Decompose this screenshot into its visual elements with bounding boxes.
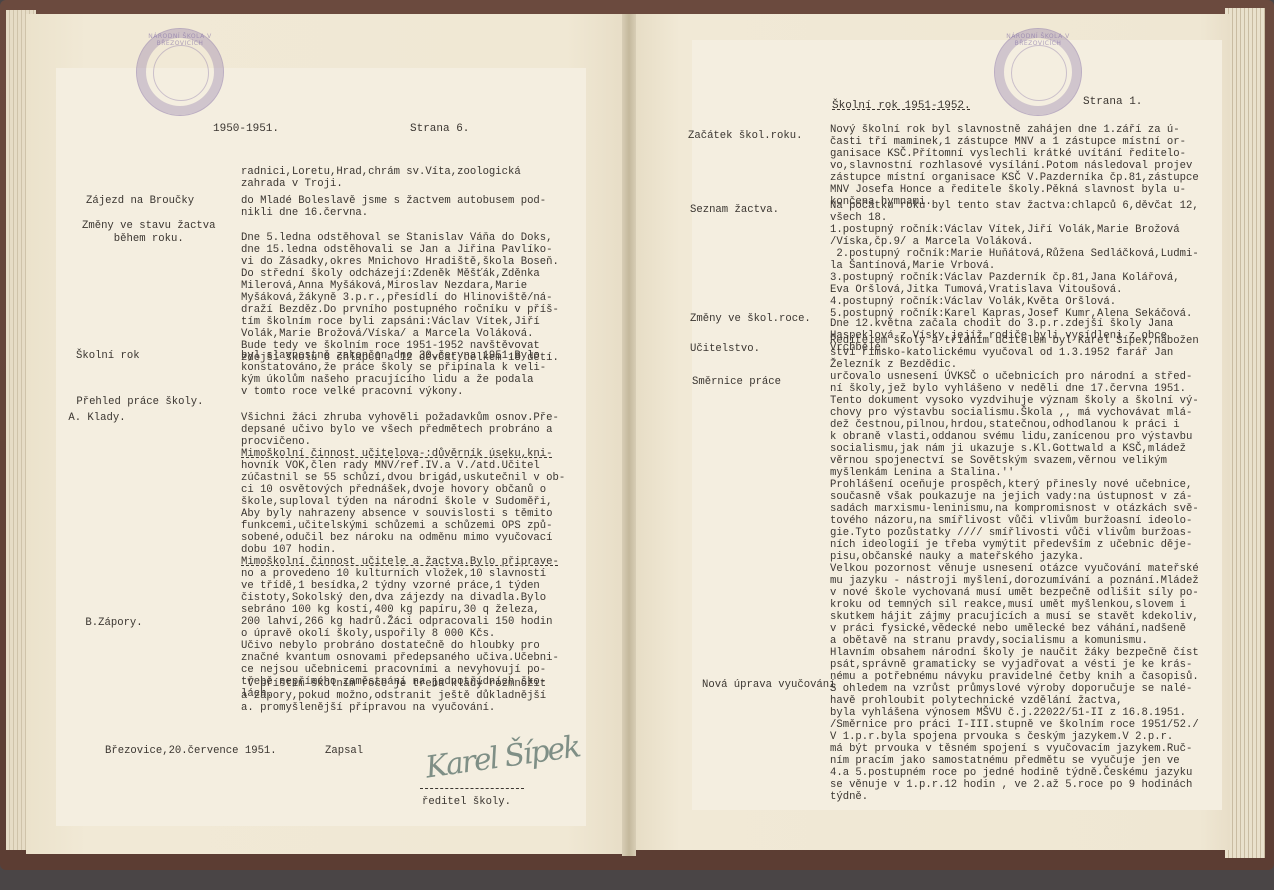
right-text-line: V 1.p.r.byla spojena prvouka s českým ja… [830, 731, 1173, 744]
left-text-line: o úpravě okolí školy,uspořily 8 000 Kčs. [241, 628, 495, 641]
right-text-line: časti tří maminek,1 zástupce MNV a 1 zás… [830, 136, 1186, 149]
left-text-line: čistoty,Sokolský den,dva zájezdy na diva… [241, 592, 546, 605]
right-text-line: Tento dokument vysoko vyzdvihuje význam … [830, 395, 1199, 408]
right-section-label: Nová úprava vyučování [702, 679, 836, 692]
right-text-line: ství římsko-katolickému vyučoval od 1.3.… [830, 347, 1173, 360]
left-text-line: funkcemi,učitelskými schůzemi a schůzemi… [241, 520, 553, 533]
right-text-line: k obraně vlasti,oddanou svému lidu,zaníc… [830, 431, 1192, 444]
right-text-line: současně však poukazuje na jejich vady:n… [830, 491, 1192, 504]
left-text-line: dobu 107 hodin. [241, 544, 336, 557]
right-text-line: ní školy,jež bylo vyhlášeno v neděli dne… [830, 383, 1186, 396]
left-text-line: zahrada v Troji. [241, 178, 343, 191]
left-text-line: do Mladé Boleslavě jsme s žactvem autobu… [241, 195, 546, 208]
right-text-line: určovalo usnesení ÚVKSČ o učebnicích pro… [830, 371, 1192, 384]
left-text-line: Mimoškolní činnost učitele a žactva.Bylo… [241, 556, 559, 569]
right-text-line: Ředitelem školy a třídním učitelem byl K… [830, 335, 1199, 348]
right-text-line: dež čestnou,pilnou,hrdou,statečnou,odhod… [830, 419, 1180, 432]
left-text-line: vi do Zásadky,okres Mnichovo Hradiště,šk… [241, 256, 559, 269]
right-text-line: ganisace KSČ.Přítomní vyslechli krátké u… [830, 148, 1186, 161]
right-text-line: chovy pro výstavbu socialismu.Škola ,, m… [830, 407, 1192, 420]
right-text-line: vo,slavnostní rozhlasové vysílání.Potom … [830, 160, 1192, 173]
recorded-by-label: Zapsal [325, 745, 363, 758]
right-text-line: Velkou pozornost věnuje usnesení otázce … [830, 563, 1199, 576]
right-text-line: /Víska,čp.9/ a Marcela Voláková. [830, 236, 1033, 249]
left-text-line: a. promyšlenější přípravou na vyučování. [241, 702, 495, 715]
right-text-line: sadách marxismu-leninismu,na kompromisno… [830, 503, 1199, 516]
right-section-label: Začátek škol.roku. [688, 130, 802, 143]
school-stamp-left: NÁRODNÍ ŠKOLA V BŘEZOVICÍCH [136, 28, 224, 116]
right-text-line: psát,správně gramaticky se vyjadřovat a … [830, 659, 1192, 672]
left-text-line: Milerová,Anna Myšáková,Miroslav Nezdara,… [241, 280, 527, 293]
right-section-label: Směrnice práce [692, 376, 781, 389]
right-text-line: v nové škole vychovaná musí umět bezpečn… [830, 587, 1199, 600]
left-text-line: Do střední školy odcházejí:Zdeněk Měšťák… [241, 268, 540, 281]
left-text-line: dne 15.ledna odstěhovali se Jan a Jiřina… [241, 244, 553, 257]
left-text-line: sobené,odučil bez nároku na odměnu mimo … [241, 532, 553, 545]
right-text-line: Nový školní rok byl slavnostně zahájen d… [830, 124, 1180, 137]
left-text-line: 200 lahví,266 kg hadrů.Žáci odpracovali … [241, 616, 553, 629]
right-text-line: la Šantínová,Marie Vrbová. [830, 260, 995, 273]
right-text-line: ním pracím jako samostatnému předmětu se… [830, 755, 1180, 768]
right-text-line: Hlavním obsahem národní školy je naučit … [830, 647, 1199, 660]
right-text-line: Prohlášení oceňuje prospěch,který přines… [830, 479, 1192, 492]
left-text-line: byl slavnostně zakončen dne 30.června 19… [241, 350, 540, 363]
right-text-line: 1.postupný ročník:Václav Vítek,Jiří Volá… [830, 224, 1180, 237]
right-text-line: gie.Tyto pozůstatky //// smířlivosti vůč… [830, 527, 1192, 540]
lion-emblem-icon [153, 45, 209, 101]
left-text-line: Volák,Marie Brožová/Víska/ a Marcela Vol… [241, 328, 533, 341]
left-header-page: Strana 6. [410, 123, 469, 135]
right-text-line: týdně. [830, 791, 868, 804]
right-text-line: byla vyhlášena výnosem MŠVU č.j.22022/51… [830, 707, 1186, 720]
right-text-line: v práci fysické,vědecké nebo umělecké be… [830, 623, 1186, 636]
signature-line [420, 788, 524, 789]
left-text-line: ci 10 osvětových přednášek,dvoje hovory … [241, 484, 546, 497]
left-text-line: Učivo nebylo probráno dostatečně do hlou… [241, 640, 540, 653]
right-section-label: Seznam žactva. [690, 204, 779, 217]
left-header-year: 1950-1951. [213, 123, 279, 135]
left-text-line: Mimoškolní činnost učitelova-:důvěrník ú… [241, 448, 553, 461]
left-text-line: V příštím školním roce je třeba klady ro… [241, 678, 546, 691]
right-text-line: věrnou spojenectví se Sovětským svazem,v… [830, 455, 1167, 468]
right-text-line: se věnuje v 1.p.r.12 hodin , ve 2.až 5.r… [830, 779, 1192, 792]
right-header-page: Strana 1. [1083, 96, 1142, 108]
left-section-label: Změny ve stavu žactva během roku. [82, 220, 216, 245]
left-text-line: Všichni žáci zhruba vyhověli požadavkům … [241, 412, 559, 425]
left-text-line: hovník VOK,člen rady MNV/ref.IV.a V./atd… [241, 460, 540, 473]
left-section-label: B.Zápory. [60, 617, 143, 630]
right-text-line: Eva Oršlová,Jitka Tumová,Vratislava Vito… [830, 284, 1122, 297]
left-section-label: A. Klady. [62, 412, 126, 425]
left-text-line: radnici,Loretu,Hrad,chrám sv.Víta,zoolog… [241, 166, 521, 179]
left-text-line: nikli dne 16.června. [241, 207, 368, 220]
right-text-line: Na počátku roku byl tento stav žactva:ch… [830, 200, 1199, 213]
right-text-line: socialismu,jak nám ji ukazuje s.Kl.Gottw… [830, 443, 1186, 456]
left-text-line: a zápory,pokud možno,odstranit ještě důk… [241, 690, 546, 703]
right-text-line: všech 18. [830, 212, 887, 225]
left-text-line: ce nejsou učebnicemi pracovními a nevyho… [241, 664, 546, 677]
right-text-line: skutkem hájit zájmy pracujících a musí s… [830, 611, 1199, 624]
page-edges-right [1225, 8, 1265, 858]
lion-emblem-icon [1011, 45, 1067, 101]
left-text-line: depsané učivo bylo ve všech předmětech p… [241, 424, 553, 437]
left-section-label: Zájezd na Broučky [86, 195, 194, 208]
left-text-line: značné kvantum osnovami předepsaného uči… [241, 652, 559, 665]
left-text-line: kým úkolům našeho pracujícího lidu a že … [241, 374, 533, 387]
director-role: ředitel školy. [422, 796, 511, 809]
right-text-line: 4.postupný ročník:Václav Volák,Květa Orš… [830, 296, 1116, 309]
right-text-line: MNV Josefa Honce a ředitele školy.Pěkná … [830, 184, 1186, 197]
right-text-line: 3.postupný ročník:Václav Pazderník čp.81… [830, 272, 1180, 285]
right-text-line: a obětavě na stranu pravdy,socialismu a … [830, 635, 1148, 648]
right-text-line: S ohledem na vzrůst průmyslové výroby do… [830, 683, 1192, 696]
left-section-label: Přehled práce školy. [70, 396, 204, 409]
right-text-line: nému a potřebnému návyku pravidelné četb… [830, 671, 1199, 684]
left-text-line: sebráno 100 kg kostí,400 kg papíru,30 q … [241, 604, 540, 617]
right-text-line: Dne 12.května začala chodit do 3.p.r.zde… [830, 318, 1173, 331]
right-text-line: 4.a 5.postupném roce po jedné hodině týd… [830, 767, 1192, 780]
left-text-line: Aby byly nahrazeny absence v souvislosti… [241, 508, 553, 521]
left-section-label: Školní rok [76, 350, 140, 363]
left-text-line: tím školním roce byli zapsáni:Václav Vít… [241, 316, 540, 329]
left-text-line: procvičeno. [241, 436, 311, 449]
right-text-line: kroku od temných sil reakce,musí umět my… [830, 599, 1186, 612]
right-header-title: Školní rok 1951-1952. [832, 100, 971, 112]
book-gutter [622, 14, 636, 856]
left-text-line: v tomto roce velké pracovní výkony. [241, 386, 464, 399]
left-text-line: Dne 5.ledna odstěhoval se Stanislav Váňa… [241, 232, 553, 245]
left-text-line: konstatováno,že práce školy se připínala… [241, 362, 546, 375]
left-text-line: ve třídě,1 besídka,2 týdny vzorné práce,… [241, 580, 540, 593]
right-text-line: havě prohloubit polytechnické vzdělání ž… [830, 695, 1122, 708]
left-text-line: zúčastnil se 55 schůzí,dvou brigád,uskut… [241, 472, 565, 485]
right-text-line: Železník z Bezdědic. [830, 359, 957, 372]
right-text-line: /Směrnice pro práci I-III.stupně ve škol… [830, 719, 1199, 732]
right-text-line: myšlenkám Lenina a Stalina.'' [830, 467, 1014, 480]
right-text-line: zástupce místní organisace KSČ V.Pazdern… [830, 172, 1199, 185]
left-text-line: draží Bezděz.Do prvního postupného roční… [241, 304, 559, 317]
school-stamp-right: NÁRODNÍ ŠKOLA V BŘEZOVICÍCH [994, 28, 1082, 116]
right-section-label: Učitelstvo. [690, 343, 760, 356]
right-text-line: ních ideologií je třeba vymýtit předevší… [830, 539, 1192, 552]
right-text-line: pisu,občanské nauky a mateřského jazyka. [830, 551, 1084, 564]
right-section-label: Změny ve škol.roce. [690, 313, 811, 326]
left-text-line: no a provedeno 10 kulturních vložek,10 s… [241, 568, 546, 581]
left-text-line: Myšáková,žákyně 3.p.r.,přesídlí do Hlino… [241, 292, 553, 305]
right-text-line: má být prvouka v těsném spojení s vyučov… [830, 743, 1192, 756]
right-text-line: tového názoru,na smířlivost vůči vlivům … [830, 515, 1192, 528]
right-text-line: mu jazyku - nástroji myšlení,dorozumíván… [830, 575, 1199, 588]
left-text-line: škole,suploval týden na národní škole v … [241, 496, 553, 509]
right-text-line: 2.postupný ročník:Marie Huňátová,Růžena … [830, 248, 1199, 261]
place-date: Březovice,20.července 1951. [105, 745, 277, 758]
